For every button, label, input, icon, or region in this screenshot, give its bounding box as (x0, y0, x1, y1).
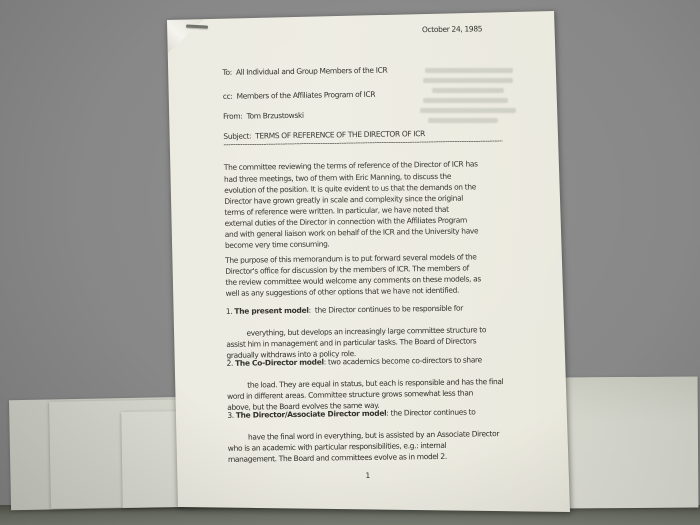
memo-text: October 24, 1985 To: All Individual and … (0, 0, 700, 525)
model-3-number: 3. (227, 410, 236, 419)
paragraph-model-3: 3. The Director/Associate Director model… (227, 406, 499, 477)
model-1-number: 1. (226, 306, 235, 315)
model-2-title: The Co-Director model (235, 357, 324, 367)
paragraph-1: The committee reviewing the terms of ref… (224, 159, 479, 252)
model-1-first-line: : the Director continues to be responsib… (309, 303, 463, 314)
paper: October 24, 1985 To: All Individual and … (0, 0, 700, 525)
memo-sheet: October 24, 1985 To: All Individual and … (0, 0, 700, 525)
to-line: To: All Individual and Group Members of … (222, 64, 387, 77)
model-1-title: The present model (234, 305, 308, 315)
model-3-title: The Director/Associate Director model (236, 408, 387, 419)
paragraph-2: The purpose of this memorandum is to put… (225, 251, 481, 299)
model-3-body: have the final word in everything, but i… (228, 429, 499, 464)
model-3-first-line: : the Director continues to (386, 407, 475, 417)
model-2-number: 2. (227, 358, 236, 367)
cc-line: cc: Members of the Affiliates Program of… (223, 88, 376, 101)
photo-of-memo: October 24, 1985 To: All Individual and … (0, 0, 700, 525)
from-line: From: Tom Brzustowski (223, 110, 304, 122)
model-2-first-line: : two academics become co-directors to s… (324, 355, 482, 366)
date: October 24, 1985 (422, 24, 482, 36)
